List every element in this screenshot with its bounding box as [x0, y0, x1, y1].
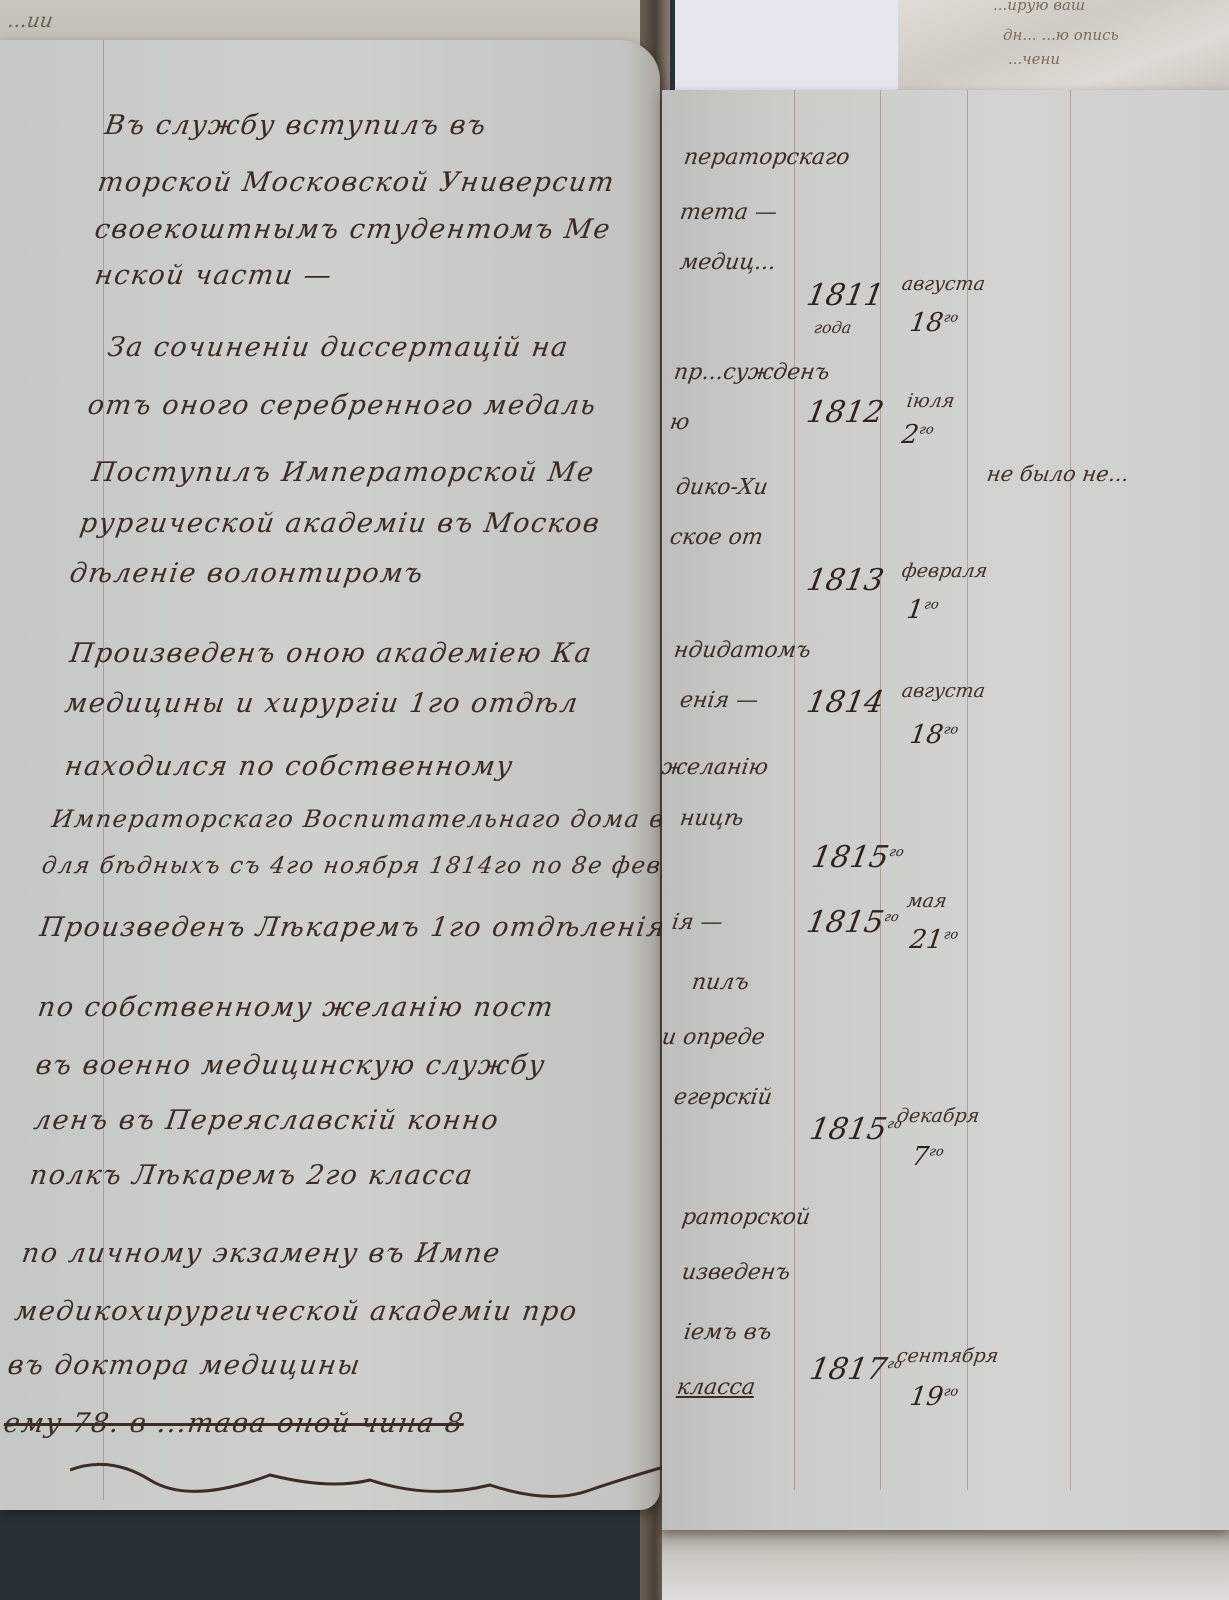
continuation-text: дико-Хи — [674, 475, 769, 500]
text-line: Императорскаго Воспитательнаго дома въ б… — [50, 805, 757, 833]
continuation-text: ія — — [670, 910, 724, 935]
fragment-text: дн... ...ю опись — [1003, 26, 1119, 44]
struck-text-line: ему 78. в ...тава оной чина 8 — [2, 1408, 466, 1439]
entry-day: 18го — [908, 720, 960, 750]
text-line: За сочиненіи диссертацій на — [106, 332, 571, 363]
fragment-text: ...ирую ваш — [993, 0, 1085, 14]
text-line: Поступилъ Императорской Ме — [90, 457, 597, 488]
continuation-text: ндидатомъ — [672, 638, 812, 663]
continuation-text: тета — — [678, 200, 778, 225]
text-line: нской части — — [93, 260, 335, 291]
continuation-text: іемъ въ — [682, 1320, 773, 1345]
continuation-text: медиц... — [678, 250, 777, 275]
continuation-text: ператорскаго — [682, 145, 851, 170]
entry-day: 21го — [908, 925, 960, 955]
continuation-text: класса — [675, 1375, 757, 1400]
text-line: торской Московской Университ — [96, 167, 617, 198]
right-page: ператорскаго тета — медиц... пр...сужден… — [662, 90, 1229, 1530]
entry-year: 1815го — [809, 840, 906, 875]
text-line: Произведенъ оною академіею Ка — [68, 638, 595, 669]
continuation-text: енія — — [678, 688, 760, 713]
continuation-text: ское от — [668, 525, 764, 550]
entry-day: 18го — [908, 308, 960, 338]
continuation-text: изведенъ — [680, 1260, 792, 1285]
entry-year: 1814 — [804, 685, 887, 720]
entry-month: іюля — [905, 390, 956, 412]
entry-month: августа — [900, 680, 986, 702]
continuation-text: пр...сужденъ — [672, 360, 831, 385]
text-line: дѣленіе волонтиромъ — [68, 558, 426, 589]
entry-day: 19го — [908, 1382, 960, 1412]
entry-year: 1815го — [807, 1112, 904, 1147]
entry-day: 7го — [910, 1142, 945, 1172]
continuation-text: егерскій — [672, 1085, 773, 1110]
text-line: по собственному желанію пост — [36, 992, 556, 1023]
text-line: своекоштнымъ студентомъ Ме — [93, 214, 613, 245]
text-line: рургической академіи въ Москов — [78, 508, 603, 539]
text-line: медикохирургической академіи про — [13, 1296, 580, 1327]
continuation-text: ю — [668, 410, 691, 435]
entry-day: 1го — [905, 595, 940, 625]
text-line: по личному экзамену въ Импе — [20, 1238, 503, 1269]
entry-month: сентября — [895, 1345, 999, 1367]
continuation-text: ницѣ — [678, 806, 745, 831]
continuation-text: пилъ — [690, 970, 751, 995]
entry-month: мая — [905, 890, 948, 912]
column-rule — [967, 90, 968, 1490]
entry-month: декабря — [895, 1105, 980, 1127]
text-line: отъ оного серебренного медаль — [86, 390, 599, 421]
entry-day: 2го — [900, 420, 935, 450]
column-rule — [1070, 90, 1071, 1490]
entry-year: 1817го — [807, 1352, 904, 1387]
text-line: медицины и хирургіи 1го отдѣл — [63, 688, 581, 719]
entry-year: 1815го — [804, 905, 901, 940]
entry-year: 1812 — [804, 395, 887, 430]
left-page: Въ службу вступилъ въ торской Московской… — [0, 40, 660, 1510]
text-line: находился по собственному — [63, 751, 516, 782]
entry-month: августа — [900, 273, 986, 295]
text-line: полкъ Лѣкаремъ 2го класса — [28, 1160, 476, 1191]
fragment-text: ...чени — [1008, 50, 1060, 68]
entry-year: 1811 — [804, 278, 887, 313]
side-note: не было не... — [985, 462, 1130, 486]
text-line: въ доктора медицины — [6, 1350, 363, 1381]
torn-page-edge — [662, 1525, 1229, 1600]
text-line: ленъ въ Переяславскій конно — [32, 1105, 502, 1136]
continuation-text: раторской — [680, 1205, 812, 1230]
text-line: для бѣдныхъ съ 4го ноября 1814го по 8е ф… — [40, 853, 727, 879]
entry-year: 1813 — [804, 563, 887, 598]
text-line: въ военно медицинскую службу — [34, 1050, 548, 1081]
continuation-text: и опреде — [660, 1025, 766, 1050]
background-crumpled-paper: ...ирую ваш дн... ...ю опись ...чени — [898, 0, 1229, 95]
text-line: Въ службу вступилъ въ — [103, 110, 489, 141]
background-white-card — [675, 0, 900, 95]
entry-year-note: года — [813, 318, 853, 337]
text-line: Произведенъ Лѣкаремъ 1го отдѣленія — [38, 912, 668, 943]
entry-month: февраля — [900, 560, 988, 582]
column-rule — [794, 90, 795, 1490]
fragment-text: ...ии — [6, 8, 54, 32]
continuation-text: желанію — [660, 755, 770, 780]
